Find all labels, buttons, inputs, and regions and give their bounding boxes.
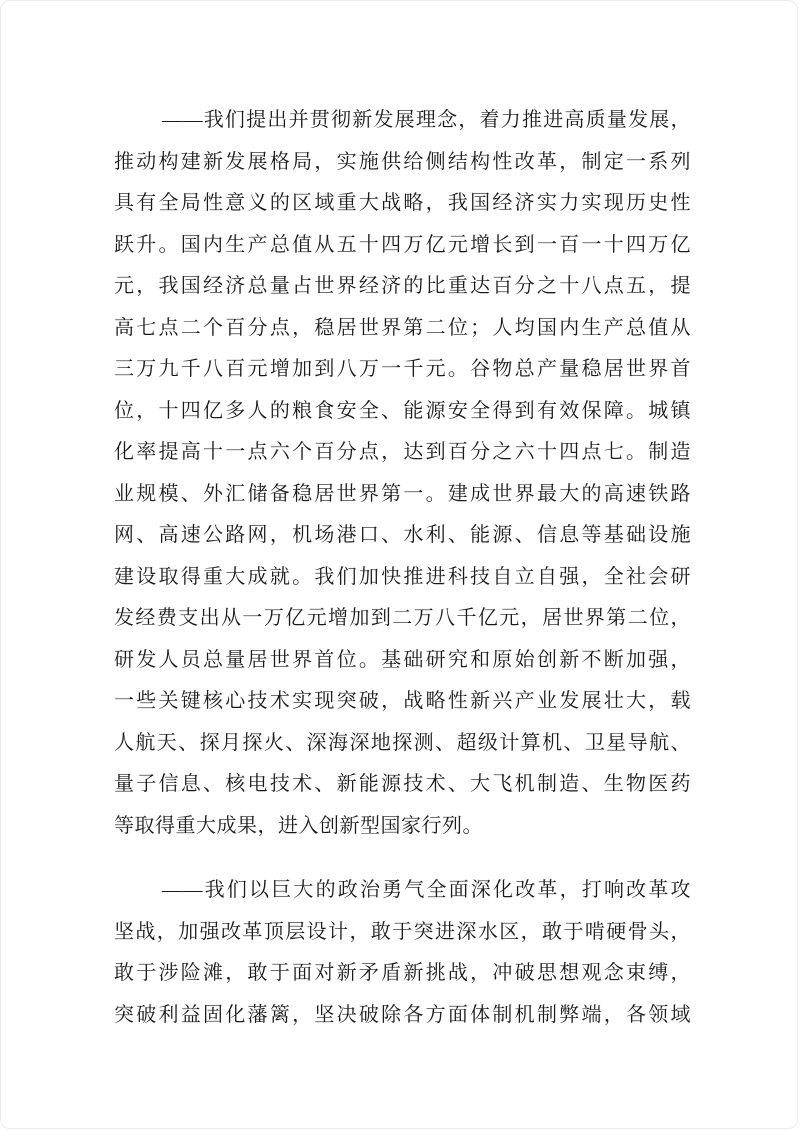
text-line: 三万九千八百元增加到八万一千元。谷物总产量稳居世界首 — [114, 349, 691, 391]
text-line: 网、高速公路网，机场港口、水利、能源、信息等基础设施 — [114, 515, 691, 557]
document-body: ——我们提出并贯彻新发展理念，着力推进高质量发展，推动构建新发展格局，实施供给侧… — [114, 100, 691, 1036]
text-line: 一些关键核心技术实现突破，战略性新兴产业发展壮大，载 — [114, 681, 691, 723]
text-line: 推动构建新发展格局，实施供给侧结构性改革，制定一系列 — [114, 142, 691, 184]
text-line: 跃升。国内生产总值从五十四万亿元增长到一百一十四万亿 — [114, 225, 691, 267]
text-line: 研发人员总量居世界首位。基础研究和原始创新不断加强， — [114, 640, 691, 682]
text-line: 突破利益固化藩篱，坚决破除各方面体制机制弊端，各领域 — [114, 995, 691, 1037]
text-line: 具有全局性意义的区域重大战略，我国经济实力实现历史性 — [114, 183, 691, 225]
paragraph: ——我们提出并贯彻新发展理念，着力推进高质量发展，推动构建新发展格局，实施供给侧… — [114, 100, 691, 847]
text-line: 坚战，加强改革顶层设计，敢于突进深水区，敢于啃硬骨头， — [114, 912, 691, 954]
text-line: 高七点二个百分点，稳居世界第二位；人均国内生产总值从 — [114, 308, 691, 350]
text-line: 元，我国经济总量占世界经济的比重达百分之十八点五，提 — [114, 266, 691, 308]
text-line: ——我们以巨大的政治勇气全面深化改革，打响改革攻 — [114, 870, 691, 912]
text-line: 建设取得重大成就。我们加快推进科技自立自强，全社会研 — [114, 557, 691, 599]
text-line: 量子信息、核电技术、新能源技术、大飞机制造、生物医药 — [114, 764, 691, 806]
text-line: 化率提高十一点六个百分点，达到百分之六十四点七。制造 — [114, 432, 691, 474]
text-line: 业规模、外汇储备稳居世界第一。建成世界最大的高速铁路 — [114, 474, 691, 516]
text-line: ——我们提出并贯彻新发展理念，着力推进高质量发展， — [114, 100, 691, 142]
text-line: 发经费支出从一万亿元增加到二万八千亿元，居世界第二位， — [114, 598, 691, 640]
text-line: 敢于涉险滩，敢于面对新矛盾新挑战，冲破思想观念束缚， — [114, 953, 691, 995]
paragraph: ——我们以巨大的政治勇气全面深化改革，打响改革攻坚战，加强改革顶层设计，敢于突进… — [114, 870, 691, 1036]
text-line: 等取得重大成果，进入创新型国家行列。 — [114, 806, 691, 848]
text-line: 人航天、探月探火、深海深地探测、超级计算机、卫星导航、 — [114, 723, 691, 765]
text-line: 位，十四亿多人的粮食安全、能源安全得到有效保障。城镇 — [114, 391, 691, 433]
document-page: ——我们提出并贯彻新发展理念，着力推进高质量发展，推动构建新发展格局，实施供给侧… — [0, 0, 798, 1129]
